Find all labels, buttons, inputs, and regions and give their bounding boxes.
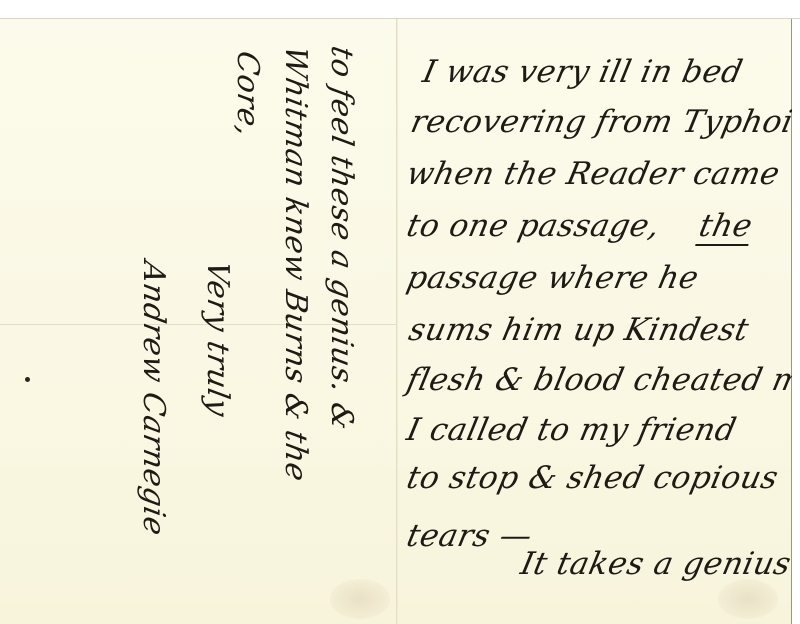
letter-sheet: to feel these a genius. & Whitman knew B… bbox=[0, 18, 800, 624]
scanned-letter: to feel these a genius. & Whitman knew B… bbox=[0, 0, 800, 624]
right-line-7: flesh & blood cheated me, bbox=[404, 365, 800, 396]
signature: Andrew Carnegie bbox=[138, 259, 168, 538]
scan-edge bbox=[792, 19, 800, 624]
ink-spot bbox=[25, 377, 30, 382]
left-line-3: Core, bbox=[232, 49, 262, 139]
right-line-10: tears — bbox=[404, 521, 535, 552]
right-line-1: I was very ill in bed bbox=[420, 57, 745, 88]
right-line-8: I called to my friend bbox=[404, 415, 739, 446]
right-line-3: when the Reader came bbox=[404, 159, 782, 190]
right-line-4: to one passage, the bbox=[404, 211, 755, 242]
paper-stain bbox=[718, 579, 778, 619]
left-line-1: to feel these a genius. & bbox=[326, 44, 356, 433]
right-line-4-text: to one passage, bbox=[404, 208, 664, 244]
right-page: I was very ill in bed recovering from Ty… bbox=[397, 19, 793, 624]
underlined-word: the bbox=[695, 208, 755, 246]
right-line-2: recovering from Typhoid bbox=[408, 107, 800, 138]
paper-stain bbox=[330, 579, 390, 619]
right-line-11: It takes a genius bbox=[518, 549, 794, 580]
letter-closing: Very truly bbox=[202, 259, 232, 419]
right-line-6: sums him up Kindest bbox=[406, 315, 752, 346]
left-page: to feel these a genius. & Whitman knew B… bbox=[0, 19, 397, 624]
left-line-2: Whitman knew Burns & the bbox=[280, 44, 310, 484]
right-line-9: to stop & shed copious bbox=[404, 463, 781, 494]
right-line-5: passage where he bbox=[404, 263, 701, 294]
